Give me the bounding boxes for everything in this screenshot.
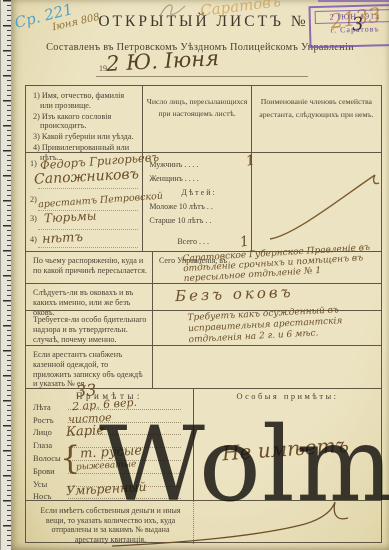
name-underline (96, 76, 308, 77)
hw-shackles: Безъ оковъ (175, 283, 294, 305)
count-line-men: Мужчинъ . . . . (149, 158, 248, 172)
ruler-major-ticks (3, 0, 11, 550)
feature-label-face: Лицо (33, 428, 66, 437)
feature-label-moustache: Усы (33, 480, 66, 489)
id-number: 3) (30, 214, 37, 223)
signature-flourish-stroke (100, 498, 360, 550)
guide-line (38, 247, 138, 248)
clothing-value-cell (153, 346, 381, 388)
count-line-under10: Моложе 10 лѣтъ . . (149, 200, 248, 214)
supervision-label: Требуется-ли особо бдительнаго надзора и… (26, 311, 153, 345)
count-header: Число лицъ, пересылающихся при настоящем… (143, 86, 250, 119)
hw-eyes: Каріе (66, 423, 105, 440)
family-value-cell (252, 153, 381, 251)
identity-values-cell: 1) 2) 3) 4) Федоръ Григорьевъ Сапожников… (26, 153, 143, 251)
feature-label-height: Ростъ (33, 416, 66, 425)
special-marks-title: Особыя примѣты: (194, 392, 381, 401)
count-line-total: Всего . . . (177, 235, 248, 249)
stamp-fragment-line (318, 0, 389, 2)
scanned-document: Ср. 221 Іюня 808 Саратовъ ОТКРЫТЫЙ ЛИСТЪ… (0, 0, 389, 550)
pencil-scribble-stroke (155, 0, 195, 20)
hw-province: Тюрьмы (44, 209, 97, 226)
id-label-3: 3) Какой губерніи или уѣзда. (33, 132, 138, 142)
id-label-2: 2) Изъ какого сословія происходитъ. (33, 112, 138, 132)
identity-labels: 1) Имя, отчество, фамилія или прозвище. … (26, 86, 143, 152)
supervision-value-cell: Требуетъ какъ осужденный въ исправительн… (153, 311, 381, 345)
special-marks-cell: Особыя примѣты: Не имѣетъ (194, 389, 381, 500)
family-none-stroke (260, 163, 382, 248)
shackles-label: Слѣдуетъ-ли въ оковахъ и въ какихъ именн… (26, 284, 153, 310)
family-header-cell: Поименованіе членовъ семейства арестанта… (252, 86, 381, 152)
family-header: Поименованіе членовъ семейства арестанта… (252, 86, 381, 121)
id-label-1: 1) Имя, отчество, фамилія или прозвище. (33, 91, 138, 111)
id-number: 4) (30, 235, 37, 244)
hw-special-marks: Не имѣетъ (221, 433, 349, 466)
disposition-row: По чьему распоряженію, куда и по какой п… (26, 252, 381, 284)
features-cell: Примѣты: Лѣта Ростъ Лицо Глаза Волосы Бр… (26, 389, 194, 500)
header-row: 1) Имя, отчество, фамилія или прозвище. … (26, 86, 381, 153)
hw-privileged: нѣтъ (42, 230, 84, 247)
id-number: 2) (30, 195, 37, 204)
form-table: 1) Имя, отчество, фамилія или прозвище. … (25, 85, 382, 543)
id-number: 1) (30, 159, 37, 168)
guide-line (38, 188, 138, 189)
date-stamp: 2 ІЮН 1912 г. Саратовъ (308, 4, 389, 48)
supervision-row: Требуется-ли особо бдительнаго надзора и… (26, 311, 381, 346)
count-line-children: Дѣтей: (149, 186, 248, 200)
count-line-over10: Старше 10 лѣтъ . . (149, 214, 248, 228)
count-header-cell: Число лицъ, пересылающихся при настоящем… (143, 86, 251, 152)
count-line-women: Женщинъ . . . . (149, 172, 248, 186)
count-values-cell: Мужчинъ . . . . Женщинъ . . . . Дѣтей: М… (143, 153, 251, 251)
disposition-value-cell: Сего Управленія, въ Саратовское Губернск… (153, 252, 381, 283)
values-row: 1) 2) 3) 4) Федоръ Григорьевъ Сапожников… (26, 153, 381, 252)
disposition-label: По чьему распоряженію, куда и по какой п… (26, 252, 153, 283)
feature-label-age: Лѣта (33, 403, 66, 412)
guide-line (38, 229, 138, 230)
scan-ruler (0, 0, 11, 550)
stamp-overlay-digit: 3 (351, 14, 364, 36)
marks-row: Примѣты: Лѣта Ростъ Лицо Глаза Волосы Бр… (26, 389, 381, 501)
stamp-city: г. Саратовъ (311, 24, 389, 35)
